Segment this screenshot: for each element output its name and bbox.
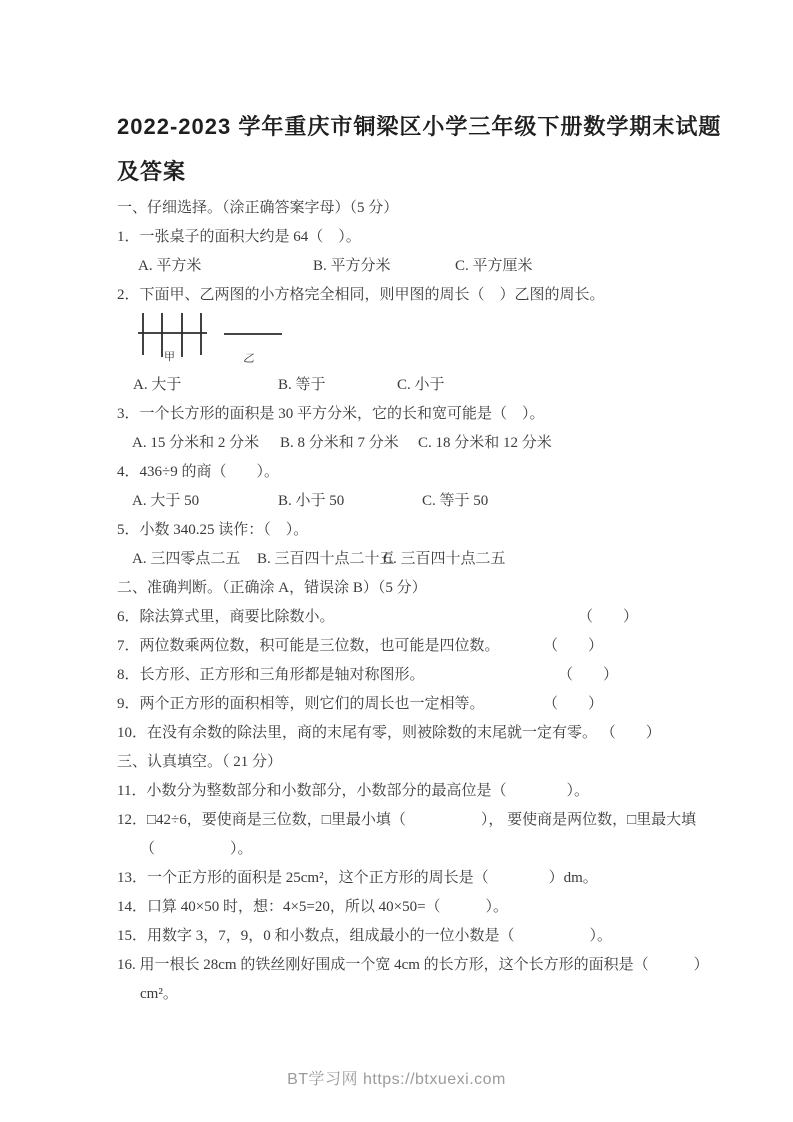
figure-label-yi: 乙 <box>243 353 254 366</box>
question-10-answer-blank: （ ） <box>601 725 661 741</box>
question-15: 15．用数字 3，7，9，0 和小数点，组成最小的一位小数是（ ）。 <box>117 922 747 951</box>
question-12-line2: （ ）。 <box>117 835 747 864</box>
question-12-line1: 12．□42÷6，要使商是三位数，□里最小填（ ）， 要使商是两位数，□里最大填 <box>117 806 747 835</box>
question-2-stem: 2．下面甲、乙两图的小方格完全相同，则甲图的周长（ ）乙图的周长。 <box>117 281 747 310</box>
question-7-answer-blank: （ ） <box>543 632 603 661</box>
question-6-answer-blank: （ ） <box>578 603 638 632</box>
section2-heading: 二、准确判断。（正确涂 A，错误涂 B）（5 分） <box>117 574 747 603</box>
question-5-options: A. 三四零点二五 B. 三百四十点二十五 C. 三百四十点二五 <box>117 545 747 574</box>
doc-title-line2: 及答案 <box>117 149 747 194</box>
question-5-option-b: B. 三百四十点二十五 <box>257 545 395 574</box>
exam-document-page: 2022-2023 学年重庆市铜梁区小学三年级下册数学期末试题 及答案 一、仔细… <box>0 0 793 1122</box>
question-1-option-a: A. 平方米 <box>138 252 201 281</box>
question-6-text: 6．除法算式里，商要比除数小。 <box>117 609 335 625</box>
question-7-text: 7．两位数乘两位数，积可能是三位数，也可能是四位数。 <box>117 638 500 654</box>
document-content: 2022-2023 学年重庆市铜梁区小学三年级下册数学期末试题 及答案 一、仔细… <box>117 104 747 1009</box>
question-3-stem: 3．一个长方形的面积是 30 平方分米，它的长和宽可能是（ ）。 <box>117 400 747 429</box>
question-4-options: A. 大于 50 B. 小于 50 C. 等于 50 <box>117 487 747 516</box>
question-16-line2: cm²。 <box>117 980 747 1009</box>
question-8-text: 8．长方形、正方形和三角形都是轴对称图形。 <box>117 667 425 683</box>
question-4-option-c: C. 等于 50 <box>422 487 488 516</box>
question-14: 14．口算 40×50 时，想：4×5=20，所以 40×50=（ ）。 <box>117 893 747 922</box>
question-7: 7．两位数乘两位数，积可能是三位数，也可能是四位数。 （ ） <box>117 632 747 661</box>
question-8: 8．长方形、正方形和三角形都是轴对称图形。 （ ） <box>117 661 747 690</box>
question-2-figure: 甲 乙 <box>117 310 747 371</box>
section3-heading: 三、认真填空。（ 21 分） <box>117 748 747 777</box>
question-2-options: A. 大于 B. 等于 C. 小于 <box>117 371 747 400</box>
question-11: 11．小数分为整数部分和小数部分，小数部分的最高位是（ ）。 <box>117 777 747 806</box>
question-4-stem: 4．436÷9 的商（ ）。 <box>117 458 747 487</box>
question-1-stem: 1．一张桌子的面积大约是 64（ ）。 <box>117 223 747 252</box>
section1-heading: 一、仔细选择。（涂正确答案字母）（5 分） <box>117 194 747 223</box>
question-3-option-a: A. 15 分米和 2 分米 <box>132 429 259 458</box>
question-9-text: 9．两个正方形的面积相等，则它们的周长也一定相等。 <box>117 696 485 712</box>
question-1-option-b: B. 平方分米 <box>313 252 391 281</box>
question-5-option-c: C. 三百四十点二五 <box>383 545 506 574</box>
question-16-line1: 16. 用一根长 28cm 的铁丝刚好围成一个宽 4cm 的长方形，这个长方形的… <box>117 951 747 980</box>
question-3-option-c: C. 18 分米和 12 分米 <box>418 429 552 458</box>
question-4-option-a: A. 大于 50 <box>132 487 199 516</box>
question-1-options: A. 平方米 B. 平方分米 C. 平方厘米 <box>117 252 747 281</box>
question-2-option-b: B. 等于 <box>278 371 326 400</box>
figure-label-jia: 甲 <box>164 351 175 364</box>
doc-title-line1: 2022-2023 学年重庆市铜梁区小学三年级下册数学期末试题 <box>117 104 747 149</box>
site-watermark: BT学习网 https://btxuexi.com <box>0 1066 793 1089</box>
question-10: 10．在没有余数的除法里，商的末尾有零，则被除数的末尾就一定有零。 （ ） <box>117 719 747 748</box>
question-1-option-c: C. 平方厘米 <box>455 252 533 281</box>
question-9: 9．两个正方形的面积相等，则它们的周长也一定相等。 （ ） <box>117 690 747 719</box>
grid-figure-drawing <box>117 310 307 371</box>
question-2-option-c: C. 小于 <box>397 371 445 400</box>
question-4-option-b: B. 小于 50 <box>278 487 344 516</box>
question-10-text: 10．在没有余数的除法里，商的末尾有零，则被除数的末尾就一定有零。 <box>117 725 597 741</box>
question-3-option-b: B. 8 分米和 7 分米 <box>280 429 399 458</box>
question-9-answer-blank: （ ） <box>543 690 603 719</box>
question-3-options: A. 15 分米和 2 分米 B. 8 分米和 7 分米 C. 18 分米和 1… <box>117 429 747 458</box>
question-2-option-a: A. 大于 <box>133 371 181 400</box>
question-5-stem: 5．小数 340.25 读作：（ ）。 <box>117 516 747 545</box>
question-8-answer-blank: （ ） <box>558 661 618 690</box>
question-5-option-a: A. 三四零点二五 <box>132 545 240 574</box>
question-6: 6．除法算式里，商要比除数小。 （ ） <box>117 603 747 632</box>
question-13: 13．一个正方形的面积是 25cm²，这个正方形的周长是（ ）dm。 <box>117 864 747 893</box>
